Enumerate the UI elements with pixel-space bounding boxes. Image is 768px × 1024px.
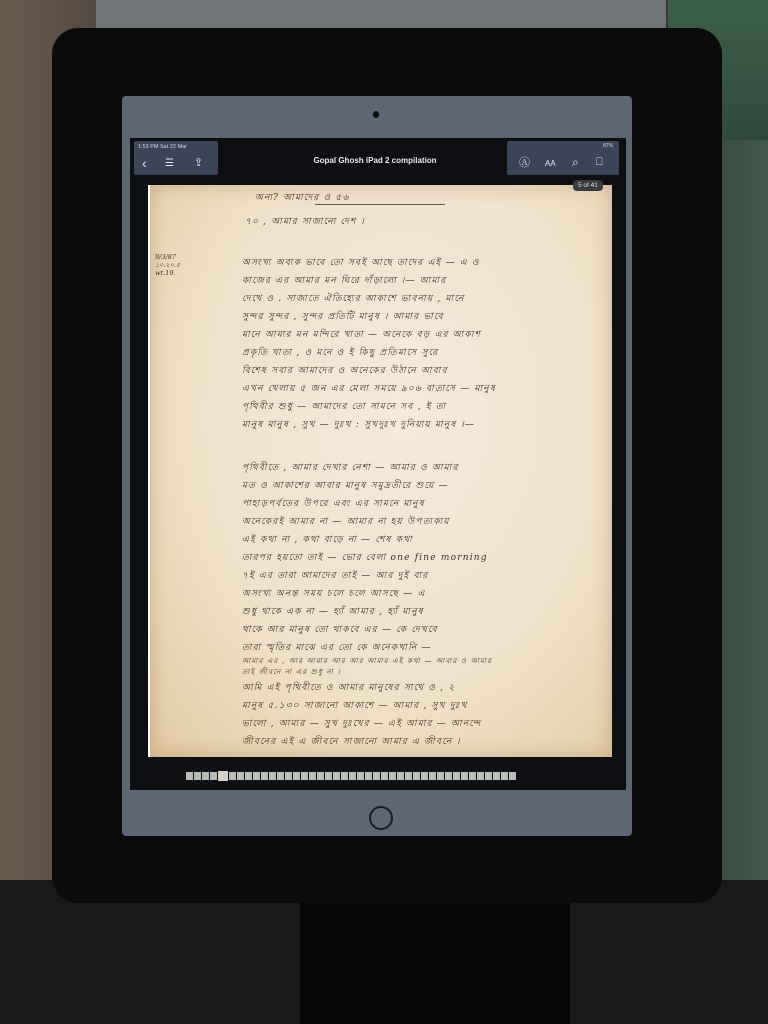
page-thumbnail[interactable] [229,772,236,780]
handwritten-line: কাজের এর আমার মন ঘিরে দাঁড়ালো ।— আমার [242,273,446,288]
heading-underline [315,204,445,205]
page-thumbnail[interactable] [349,772,356,780]
page-thumbnail-scrubber[interactable] [186,772,516,782]
handwritten-line: শুধু থাকে এক না — হ্যাঁ আমার , হ্যাঁ মান… [242,604,424,619]
toolbar-left: 1:53 PM Sat 22 Mar ‹ ☰ ⇪ [134,141,218,175]
home-button[interactable] [369,806,393,830]
page-thumbnail[interactable] [357,772,364,780]
handwritten-line: তারপর হয়তো তাই — ভোর বেলা one fine morn… [242,550,488,565]
handwritten-line: থাকে আর মানুষ তো থাকবে এর — কে দেখবে [242,622,438,637]
handwritten-line: তারা স্মৃতির মাঝে এর তো কে অনেকখানি — [242,640,432,655]
share-icon[interactable]: ⇪ [194,157,203,169]
page-thumbnail[interactable] [325,772,332,780]
page-thumbnail[interactable] [333,772,340,780]
handwritten-line: মানুষ মানুষ , সুখ — দুঃখ : সুখদুঃখ দুনিয… [242,417,475,432]
page-thumbnail[interactable] [202,772,209,780]
document-title: Gopal Ghosh iPad 2 compilation [270,156,480,165]
page-thumbnail[interactable] [365,772,372,780]
page-thumbnail[interactable] [301,772,308,780]
table-of-contents-icon[interactable]: ☰ [165,158,174,170]
page-thumbnail[interactable] [317,772,324,780]
handwritten-line: মত ও আকাশের আবার মানুষ সমুদ্রতীরে শুয়ে … [242,478,449,493]
status-time: 1:53 PM Sat 22 Mar [138,144,187,150]
page-thumbnail[interactable] [245,772,252,780]
handwritten-line: দেখে ও . সাজাতে ঐতিহ্যের আকাশে ভাবনায় ,… [242,291,465,306]
handwritten-line: প্রকৃতি খাতা , ও মনে ও ই কিছু প্রতিমাসে … [242,345,438,360]
handwritten-line: এই কথা না , কথা বাড়ে না — শেষ কথা [242,532,413,547]
page-subheading: ৭০ , আমার সাজানো দেশ । [245,214,365,229]
page-thumbnail[interactable] [509,772,516,780]
search-icon[interactable]: ⌕ [572,156,579,168]
page-thumbnail[interactable] [397,772,404,780]
page-thumbnail[interactable] [469,772,476,780]
handwritten-line: এখন খেলায় ৫ জন এর মেলা সময়ে ৯০৬ বাতাসে… [242,381,496,396]
handwritten-line: অসংখ্য অবাক ভাবে তো সবই আছে তাদের এই — এ… [242,255,480,270]
handwritten-line: মানে আমার মন মন্দিরে খাতা — অনেকে বড় এর… [242,327,481,342]
page-indicator-badge: 5 of 41 [573,180,603,191]
page-thumbnail[interactable] [389,772,396,780]
page-thumbnail[interactable] [429,772,436,780]
text-size-button[interactable]: AA [545,158,556,170]
page-thumbnail[interactable] [194,772,201,780]
margin-date-note: 9/3/87 ১০.২০.৫ wt.19. [155,253,180,277]
page-thumbnail[interactable] [186,772,193,780]
handwritten-line: পাহাড়পর্বতের উপরে এবং এর সামনে মানুষ [242,496,425,511]
handwritten-line: সুন্দর সুন্দর , সুন্দর প্রতিটি মানুষ । আ… [242,309,444,324]
handwritten-line: পৃথিবীর শুধু — আমাদের তো সামনে সব , ই তা [242,399,446,414]
page-thumbnail[interactable] [421,772,428,780]
page-heading: অন্য? আমাদের ও ৫৬ [255,190,350,205]
page-thumbnail[interactable] [341,772,348,780]
handwritten-line: অনেকেরই আমার না — আমার না হয় উপত্যকায় [242,514,450,529]
page-thumbnail[interactable] [253,772,260,780]
page-thumbnail[interactable] [309,772,316,780]
page-thumbnail[interactable] [413,772,420,780]
page-thumbnail[interactable] [269,772,276,780]
page-thumbnail[interactable] [501,772,508,780]
handwritten-line: ভালো , আমার — সুখ দুঃখের — এই আমার — আনন… [242,716,481,731]
page-thumbnail[interactable] [485,772,492,780]
handwritten-line: ৭ই এর তারা আমাদের তাই — আর দুই বার [242,568,428,583]
page-thumbnail[interactable] [381,772,388,780]
page-thumbnail[interactable] [445,772,452,780]
handwritten-line: অসংখ্য অনন্ত সময় চলে চলে আসছে — এ [242,586,426,601]
handwritten-line: মানুষ ৫.১৩০ সাজানো আকাশে — আমার , সুখ দু… [242,698,468,713]
handwritten-line: জীবনের এই এ জীবনে সাজানো আমার এ জীবনে । [242,734,461,749]
page-thumbnail[interactable] [477,772,484,780]
document-page[interactable]: অন্য? আমাদের ও ৫৬ ৭০ , আমার সাজানো দেশ ।… [150,185,612,757]
battery-status: 87% [603,143,613,149]
front-camera [373,111,379,118]
ipad-screen: 1:53 PM Sat 22 Mar ‹ ☰ ⇪ Gopal Ghosh iPa… [130,138,626,790]
bookmark-icon[interactable]: ⎕ [596,156,603,168]
page-thumbnail[interactable] [405,772,412,780]
page-thumbnail[interactable] [493,772,500,780]
page-thumbnail[interactable] [261,772,268,780]
markup-icon[interactable]: Ⓐ [519,157,530,169]
page-thumbnail[interactable] [461,772,468,780]
page-thumbnail[interactable] [218,771,228,781]
page-thumbnail[interactable] [293,772,300,780]
page-thumbnail[interactable] [210,772,217,780]
handwritten-line: আমি এই পৃথিবীতে ও আমার মানুষের সাথে ও , … [242,680,455,695]
page-thumbnail[interactable] [373,772,380,780]
page-thumbnail[interactable] [453,772,460,780]
handwritten-line: তাই জীবনে না এর শুধু না । [242,666,341,678]
page-thumbnail[interactable] [237,772,244,780]
toolbar-right: 87% Ⓐ AA ⌕ ⎕ [507,141,619,175]
page-thumbnail[interactable] [277,772,284,780]
page-thumbnail[interactable] [437,772,444,780]
back-icon[interactable]: ‹ [142,157,147,169]
handwritten-line: বিশেষ সবার আমাদের ও অনেকের উঠানে আবার [242,363,448,378]
page-thumbnail[interactable] [285,772,292,780]
handwritten-line: পৃথিবীতে , আমার দেখার নেশা — আমার ও আমার [242,460,459,475]
